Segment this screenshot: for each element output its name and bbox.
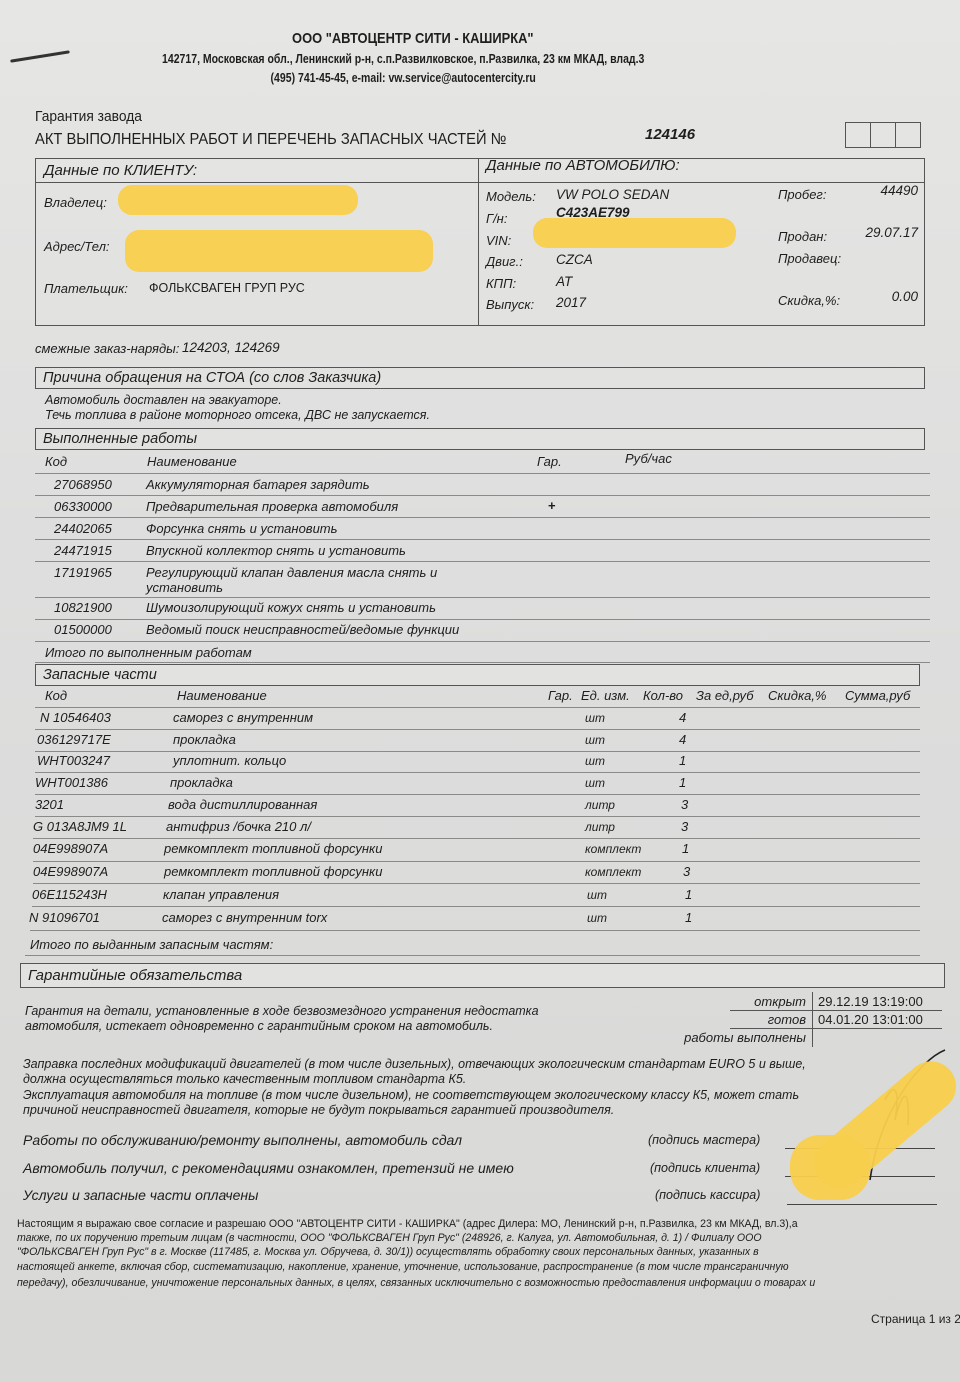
works-total-label: Итого по выполненным работам (45, 645, 252, 660)
part-name: ремкомплект топливной форсунки (164, 864, 382, 879)
part-qty: 1 (685, 887, 692, 902)
work-code: 24402065 (54, 521, 112, 536)
work-code: 24471915 (54, 543, 112, 558)
client-heading: Данные по КЛИЕНТУ: (44, 162, 197, 179)
work-code: 27068950 (54, 477, 112, 492)
signature-role: (подпись мастера) (648, 1133, 760, 1147)
signature-line-cashier (787, 1204, 937, 1205)
part-name: уплотнит. кольцо (173, 753, 286, 768)
sold-label: Продан: (778, 229, 827, 244)
part-code: 06E115243H (32, 887, 107, 902)
vehicle-label: Модель: (486, 189, 536, 204)
guarantee-heading: Гарантийные обязательства (20, 963, 945, 988)
part-qty: 1 (679, 753, 686, 768)
consent-line: "ФОЛЬКСВАГЕН Груп Рус" в г. Москве (1174… (17, 1246, 759, 1258)
status-opened-value: 29.12.19 13:19:00 (818, 994, 923, 1009)
part-qty: 3 (681, 819, 688, 834)
status-opened-label: открыт (754, 994, 806, 1009)
work-name: Предварительная проверка автомобиля (146, 499, 398, 514)
reason-line: Течь топлива в районе моторного отсека, … (45, 408, 430, 422)
part-name: саморез с внутренним (173, 710, 313, 725)
vehicle-label: Двиг.: (486, 254, 523, 269)
consent-line: настоящей анкете, включая сбор, системат… (17, 1261, 789, 1273)
part-code: WHT003247 (37, 753, 110, 768)
parts-col-discount: Скидка,% (768, 688, 826, 703)
work-code: 06330000 (54, 499, 112, 514)
part-unit: шт (587, 888, 607, 902)
parts-col-sum: Сумма,руб (845, 688, 910, 703)
part-unit: шт (587, 911, 607, 925)
company-contacts: (495) 741-45-45, e-mail: vw.service@auto… (0, 71, 806, 85)
work-name: Регулирующий клапан давления масла снять… (146, 565, 437, 580)
mileage-value: 44490 (880, 183, 918, 198)
redaction-address (125, 230, 433, 272)
parts-heading: Запасные части (35, 664, 920, 686)
address-label: Адрес/Тел: (44, 239, 110, 254)
works-heading: Выполненные работы (35, 428, 925, 450)
guarantee-text: автомобиля, истекает одновременно с гара… (25, 1019, 493, 1033)
sold-value: 29.07.17 (865, 225, 918, 240)
parts-col-unit: Ед. изм. (581, 688, 630, 703)
work-name: Форсунка снять и установить (146, 521, 337, 536)
redaction-owner (118, 185, 358, 215)
parts-col-name: Наименование (177, 688, 267, 703)
part-unit: шт (585, 711, 605, 725)
signature-statement: Работы по обслуживанию/ремонту выполнены… (23, 1132, 462, 1148)
redaction-vin (533, 218, 736, 248)
reason-heading: Причина обращения на СТОА (со слов Заказ… (35, 367, 925, 389)
part-name: вода дистиллированная (168, 797, 317, 812)
guarantee-text: Гарантия на детали, установленные в ходе… (25, 1004, 539, 1018)
work-code: 01500000 (54, 622, 112, 637)
part-unit: комплект (585, 842, 641, 856)
part-name: прокладка (170, 775, 233, 790)
consent-line: передачу), обезличивание, уничтожение пе… (17, 1277, 815, 1289)
work-name: Шумоизолирующий кожух снять и установить (146, 600, 436, 615)
signature-statement: Услуги и запасные части оплачены (23, 1187, 258, 1203)
signature-statement: Автомобиль получил, с рекомендациями озн… (23, 1160, 514, 1176)
signature-role: (подпись клиента) (650, 1161, 760, 1175)
vehicle-label: КПП: (486, 276, 516, 291)
fuel-notice-line: Эксплуатация автомобиля на топливе (в то… (23, 1088, 799, 1102)
parts-total-label: Итого по выданным запасным частям: (30, 937, 273, 952)
part-unit: комплект (585, 865, 641, 879)
part-code: WHT001386 (35, 775, 108, 790)
fuel-notice-line: причиной неисправностей двигателя, котор… (23, 1103, 614, 1117)
part-unit: шт (585, 733, 605, 747)
related-orders-value: 124203, 124269 (182, 340, 280, 355)
vehicle-gearbox: AT (556, 274, 572, 289)
works-col-rate: Руб/час (625, 451, 672, 466)
consent-line: также, по их поручению третьим лицам (в … (17, 1232, 762, 1244)
part-name: антифриз /бочка 210 л/ (166, 819, 311, 834)
order-status-table: открыт 29.12.19 13:19:00 готов 04.01.20 … (670, 992, 942, 1047)
part-qty: 1 (682, 841, 689, 856)
part-unit: литр (585, 798, 615, 812)
part-unit: шт (585, 776, 605, 790)
work-name: Аккумуляторная батарея зарядить (146, 477, 370, 492)
part-code: 3201 (35, 797, 64, 812)
stamp-boxes (845, 122, 921, 148)
part-name: клапан управления (163, 887, 279, 902)
part-name: саморез с внутренним torx (162, 910, 327, 925)
status-done-label: работы выполнены (684, 1030, 806, 1045)
work-name-cont: установить (146, 580, 223, 595)
work-code: 10821900 (54, 600, 112, 615)
document-number: 124146 (645, 126, 695, 143)
part-name: прокладка (173, 732, 236, 747)
owner-label: Владелец: (44, 195, 107, 210)
part-code: N 10546403 (40, 710, 111, 725)
part-code: G 013A8JM9 1L (33, 819, 127, 834)
fuel-notice-line: Заправка последних модификаций двигателе… (23, 1057, 806, 1071)
payer-label: Плательщик: (44, 281, 128, 296)
status-ready-label: готов (768, 1012, 806, 1027)
document-title: АКТ ВЫПОЛНЕННЫХ РАБОТ И ПЕРЕЧЕНЬ ЗАПАСНЫ… (35, 131, 506, 149)
status-ready-value: 04.01.20 13:01:00 (818, 1012, 923, 1027)
parts-col-warranty: Гар. (548, 688, 573, 703)
work-name: Впускной коллектор снять и установить (146, 543, 406, 558)
work-warranty-mark: + (548, 498, 556, 513)
work-code: 17191965 (54, 565, 112, 580)
part-qty: 1 (685, 910, 692, 925)
part-code: 04E998907A (33, 864, 108, 879)
work-name: Ведомый поиск неисправностей/ведомые фун… (146, 622, 459, 637)
part-code: 04E998907A (33, 841, 108, 856)
redaction-signature (790, 1135, 870, 1200)
parts-col-unit-price: За ед,руб (696, 688, 754, 703)
page-number: Страница 1 из 2 (871, 1312, 960, 1326)
part-unit: шт (585, 754, 605, 768)
vehicle-engine: CZCA (556, 252, 593, 267)
works-col-code: Код (45, 454, 67, 469)
company-name: ООО "АВТОЦЕНТР СИТИ - КАШИРКА" (0, 30, 826, 47)
vehicle-label: Г/н: (486, 211, 507, 226)
vehicle-model: VW POLO SEDAN (556, 187, 669, 202)
warranty-label: Гарантия завода (35, 108, 142, 125)
parts-col-qty: Кол-во (643, 688, 683, 703)
signature-role: (подпись кассира) (655, 1188, 760, 1202)
part-qty: 4 (679, 710, 686, 725)
works-col-name: Наименование (147, 454, 237, 469)
part-qty: 4 (679, 732, 686, 747)
part-name: ремкомплект топливной форсунки (164, 841, 382, 856)
part-code: 036129717E (37, 732, 111, 747)
part-code: N 91096701 (29, 910, 100, 925)
part-unit: литр (585, 820, 615, 834)
discount-label: Скидка,%: (778, 293, 840, 308)
vehicle-heading: Данные по АВТОМОБИЛЮ: (486, 157, 680, 174)
parts-col-code: Код (45, 688, 67, 703)
vehicle-label: VIN: (486, 233, 511, 248)
fuel-notice-line: должна осуществляться только качественны… (23, 1072, 466, 1086)
works-col-warranty: Гар. (537, 454, 562, 469)
part-qty: 3 (681, 797, 688, 812)
vehicle-year: 2017 (556, 295, 586, 310)
discount-value: 0.00 (892, 289, 918, 304)
consent-line: Настоящим я выражаю свое согласие и разр… (17, 1218, 798, 1230)
related-orders-label: смежные заказ-наряды: (35, 341, 179, 356)
seller-label: Продавец: (778, 251, 841, 266)
part-qty: 1 (679, 775, 686, 790)
mileage-label: Пробег: (778, 187, 826, 202)
reason-line: Автомобиль доставлен на эвакуаторе. (45, 393, 282, 407)
part-qty: 3 (683, 864, 690, 879)
vehicle-label: Выпуск: (486, 297, 534, 312)
company-address: 142717, Московская обл., Ленинский р-н, … (0, 52, 806, 66)
payer-value: ФОЛЬКСВАГЕН ГРУП РУС (149, 281, 305, 295)
